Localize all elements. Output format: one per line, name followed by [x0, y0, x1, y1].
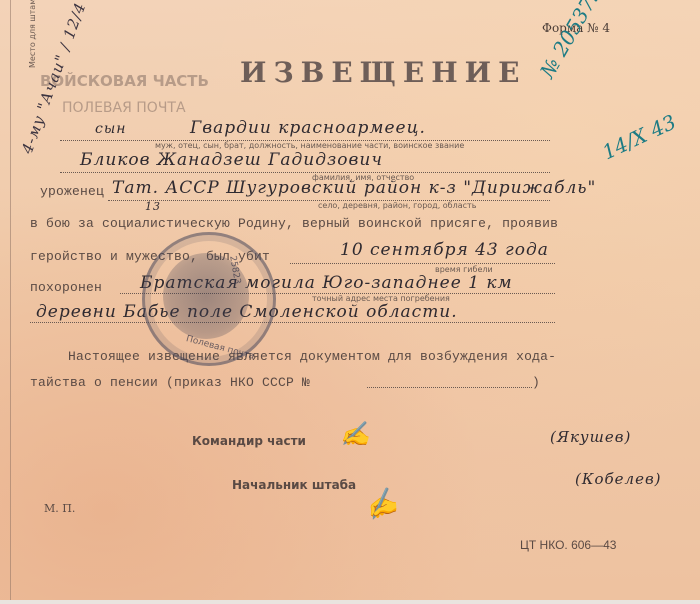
- birthplace-note: 13: [145, 200, 161, 213]
- native-label: уроженец: [40, 184, 104, 199]
- print-code: ЦТ НКО. 606—43: [520, 538, 616, 552]
- fold-line: [10, 0, 11, 600]
- blue-reference-number: № 205379: [535, 0, 607, 82]
- commander-signature: ✍: [340, 420, 370, 448]
- stamp-place-label: Место для штампа части: [28, 0, 37, 68]
- order-number-close-paren: ): [532, 375, 540, 390]
- seal-mark-label: М. П.: [44, 502, 75, 515]
- document-statement-line-2: тайства о пенсии (приказ НКО СССР №: [30, 375, 310, 390]
- stamp-text: Полевая почта: [185, 334, 255, 362]
- blue-date: 14/X 43: [599, 110, 680, 165]
- document-statement-line-1: Настоящее извещение является документом …: [68, 349, 556, 364]
- chief-of-staff-label: Начальник штаба: [232, 478, 356, 492]
- chief-of-staff-signature: ✍: [361, 485, 402, 524]
- faded-unit-header: ВОЙСКОВАЯ ЧАСТЬ: [40, 72, 209, 90]
- recipient-prefix: сын: [95, 121, 126, 137]
- chief-of-staff-name: (Кобелев): [575, 470, 662, 488]
- battle-line: в бою за социалистическую Родину, верный…: [30, 216, 558, 231]
- notification-document: Форма № 4 Место для штампа части ВОЙСКОВ…: [0, 0, 700, 600]
- commander-name: (Якушев): [550, 428, 631, 446]
- death-date-dotted-line: [290, 263, 555, 264]
- faded-field-post-header: ПОЛЕВАЯ ПОЧТА: [62, 100, 186, 116]
- burial-dotted-line-2: [30, 322, 555, 323]
- rank-handwritten: Гвардии красноармеец.: [190, 118, 426, 138]
- death-date-handwritten: 10 сентября 43 года: [340, 240, 549, 260]
- official-round-stamp: 25823 Полевая почта: [142, 232, 276, 366]
- order-number-dotted-line: [367, 387, 532, 388]
- document-title: ИЗВЕЩЕНИЕ: [240, 56, 526, 89]
- name-dotted-line: [60, 172, 550, 173]
- caption-relation: муж, отец, сын, брат, должность, наимено…: [155, 141, 464, 150]
- birthplace-handwritten: Тат. АССР Шугуровский район к-з "Дирижаб…: [112, 178, 596, 198]
- caption-place: село, деревня, район, город, область: [318, 201, 476, 210]
- full-name-handwritten: Бликов Жанадзеш Гадидзович: [80, 150, 383, 170]
- commander-label: Командир части: [192, 434, 306, 448]
- buried-label: похоронен: [30, 280, 102, 295]
